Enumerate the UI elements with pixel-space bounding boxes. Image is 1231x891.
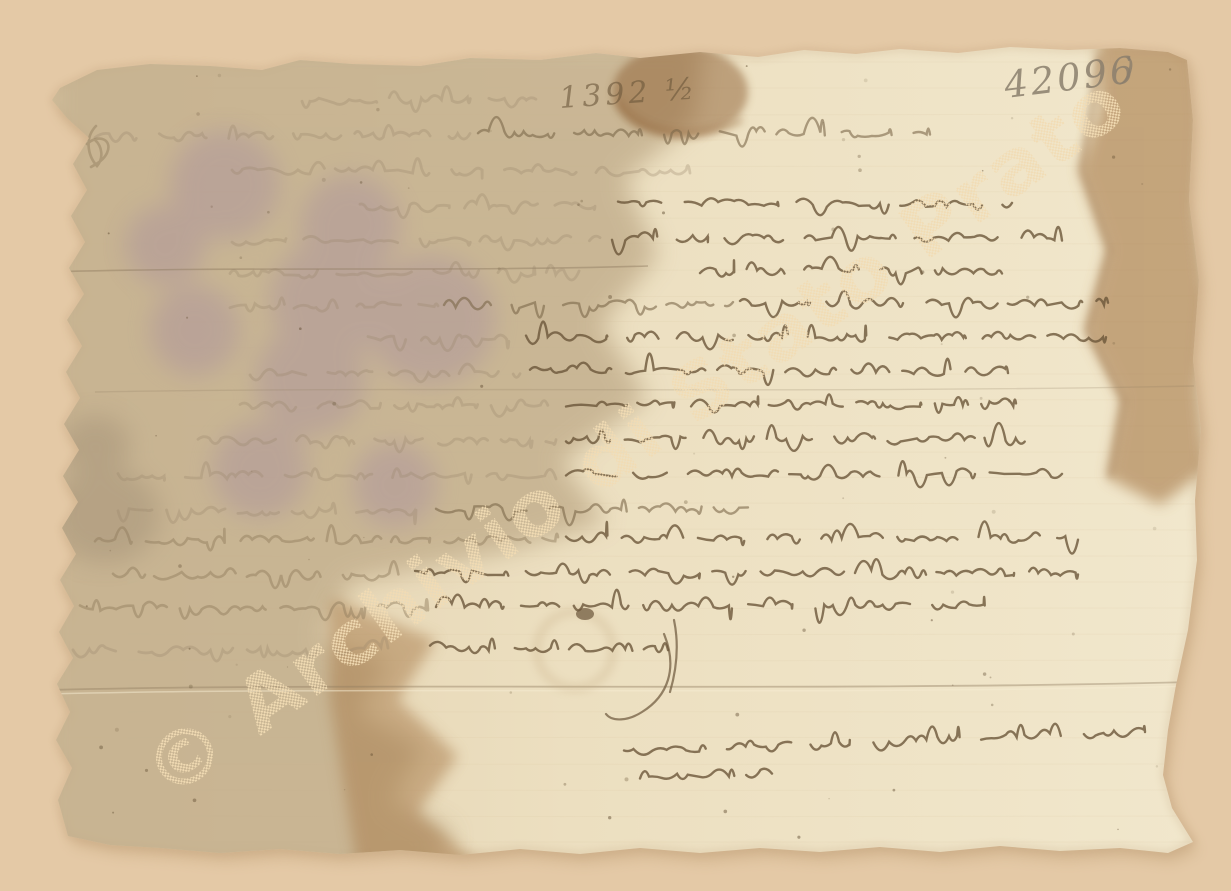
ink-blot [576,608,594,620]
speckle-dot [983,672,986,675]
speckle-dot [189,685,193,689]
speckle-dot [218,74,221,77]
speckle-dot [662,211,665,214]
speckle-dot [944,457,946,459]
speckle-dot [625,777,629,781]
speckle-dot [155,435,157,437]
speckle-dot [1026,296,1029,299]
speckle-dot [746,65,748,67]
document-scan-svg: 1392 ½ © Archivio di Stato Prato 42096 ) [0,0,1231,891]
speckle-dot [864,79,868,83]
speckle-dot [196,75,198,77]
speckle-dot [858,155,861,158]
speckle-dot [186,317,188,319]
speckle-dot [842,138,845,141]
speckle-dot [991,704,994,707]
speckle-dot [196,112,200,116]
speckle-dot [735,713,739,717]
speckle-dot [376,108,379,111]
speckle-dot [931,619,933,621]
speckle-dot [693,453,695,455]
speckle-dot [564,783,567,786]
speckle-dot [370,753,373,756]
speckle-dot [893,789,896,792]
speckle-dot [990,676,992,678]
speckle-dot [1169,68,1171,70]
speckle-dot [580,200,583,203]
speckle-dot [608,816,611,819]
speckle-dot [842,497,844,499]
speckle-dot [178,564,182,568]
speckle-dot [992,510,996,514]
speckle-dot [951,590,954,593]
speckle-dot [360,181,363,184]
speckle-dot [1153,527,1157,531]
speckle-dot [510,691,513,694]
speckle-dot [1117,829,1119,831]
speckle-dot [344,789,345,790]
speckle-dot [802,629,805,632]
speckle-dot [723,810,727,814]
speckle-dot [480,385,483,388]
speckle-dot [363,537,364,538]
speckle-dot [980,397,983,400]
speckle-dot [99,746,103,750]
speckle-dot [608,295,612,299]
speckle-dot [1072,633,1075,636]
speckle-dot [108,232,110,234]
speckle-dot [684,500,688,504]
speckle-dot [115,728,119,732]
manuscript-scan-stage: 1392 ½ © Archivio di Stato Prato 42096 ) [0,0,1231,891]
speckle-dot [299,327,302,330]
speckle-dot [952,684,954,686]
speckle-dot [828,798,830,800]
speckle-dot [322,178,326,182]
speckle-dot [211,206,213,208]
speckle-dot [1141,183,1143,185]
speckle-dot [1156,765,1158,767]
speckle-dot [941,343,943,345]
speckle-dot [732,576,734,578]
speckle-dot [1112,155,1115,158]
speckle-dot [239,256,242,259]
speckle-dot [408,187,410,189]
speckle-dot [109,550,111,552]
speckle-dot [267,211,270,214]
speckle-dot [797,836,800,839]
speckle-dot [1112,342,1115,345]
speckle-dot [112,812,114,814]
speckle-dot [858,168,862,172]
speckle-dot [308,559,310,561]
